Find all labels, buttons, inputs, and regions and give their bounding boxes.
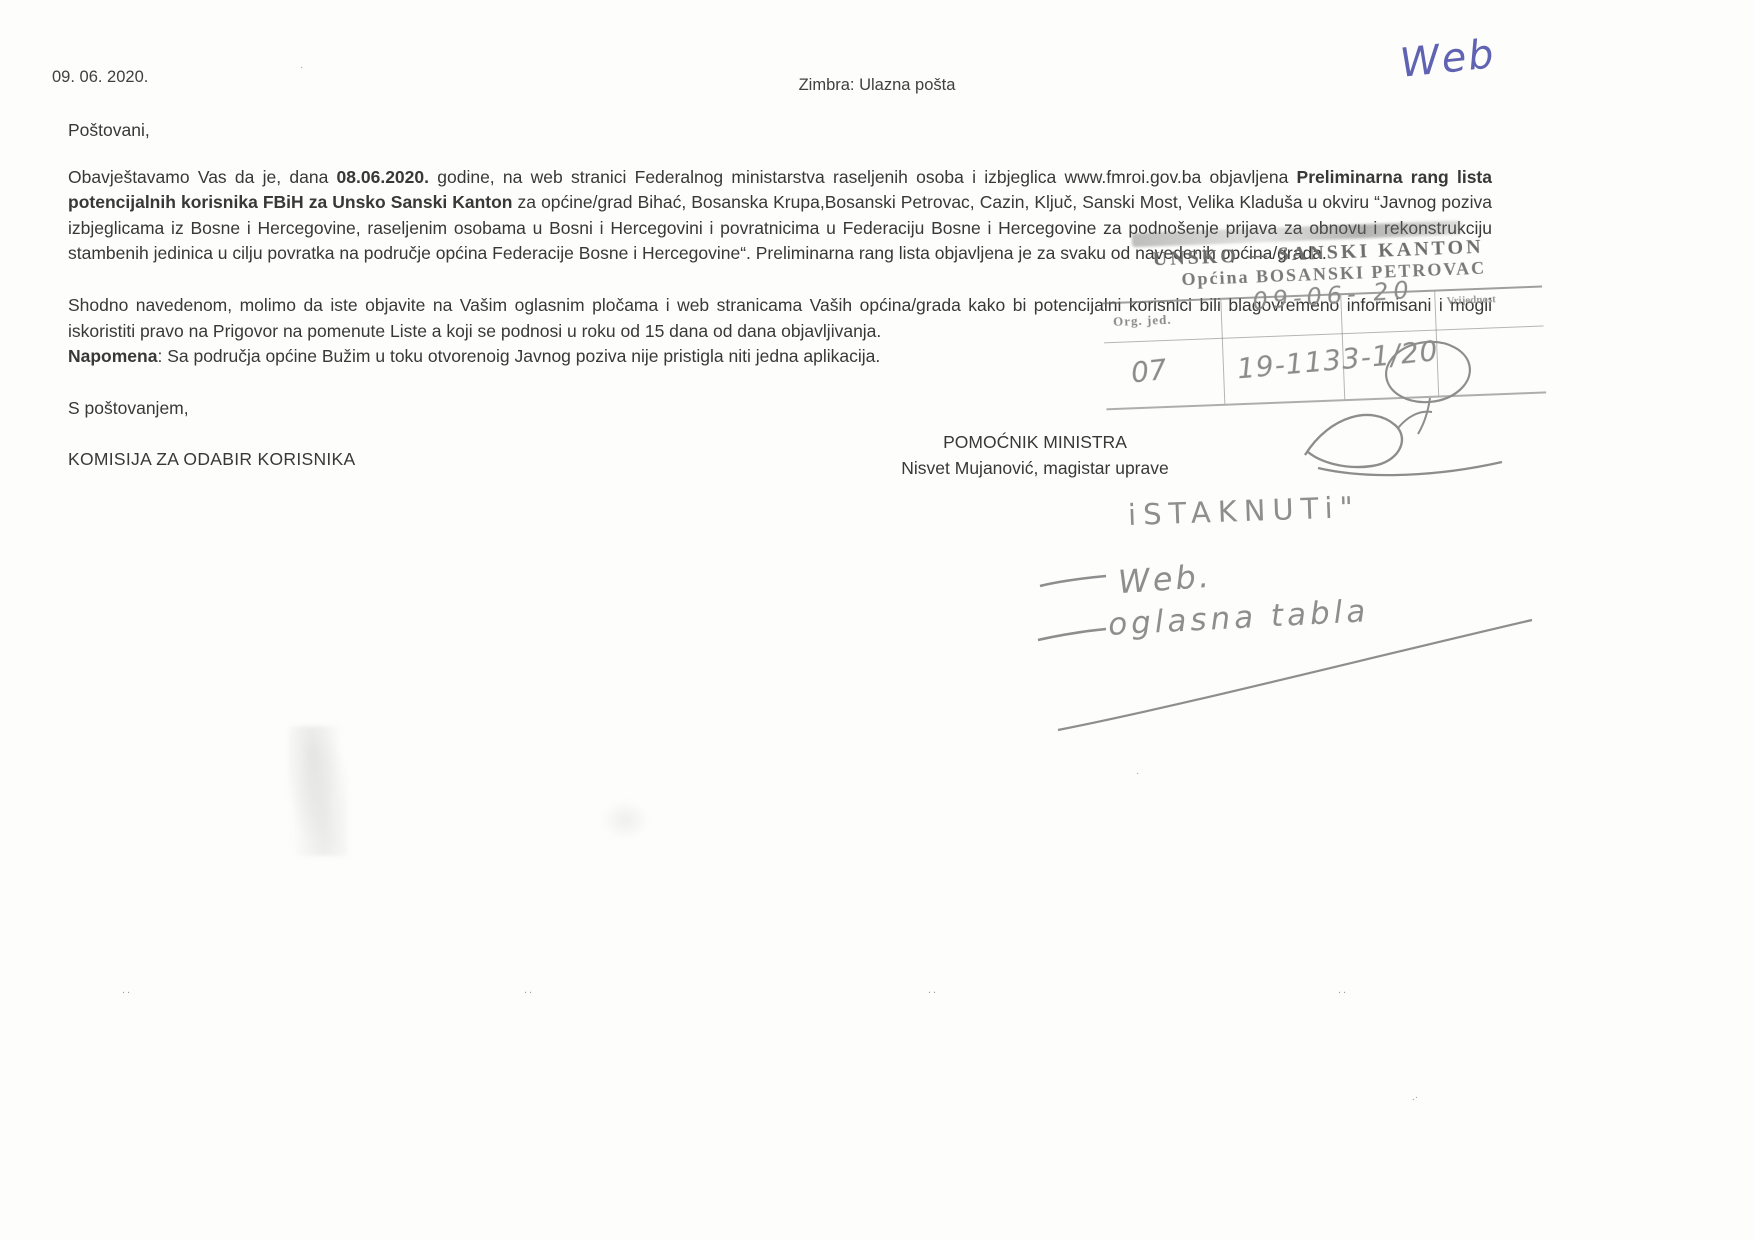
salutation: Poštovani, <box>68 118 1492 144</box>
para1-seg0: Obavještavamo Vas da je, dana <box>68 167 337 187</box>
zimbra-source-header: Zimbra: Ulazna pošta <box>0 76 1754 95</box>
para1-date-bold: 08.06.2020. <box>337 167 429 187</box>
paragraph-note: Napomena: Sa područja općine Bužim u tok… <box>68 344 1492 370</box>
note-text: : Sa područja općine Bužim u toku otvore… <box>157 346 880 366</box>
handwritten-istaknuti-note: iSTAKNUTi" <box>1127 490 1360 532</box>
sender-commission: KOMISIJA ZA ODABIR KORISNIKA <box>68 447 1492 473</box>
paragraph-request: Shodno navedenom, molimo da iste objavit… <box>68 293 1492 344</box>
para1-seg2: godine, na web stranici Federalnog minis… <box>429 167 1297 187</box>
paragraph-announcement: Obavještavamo Vas da je, dana 08.06.2020… <box>68 165 1492 267</box>
signatory-name: Nisvet Mujanović, magistar uprave <box>880 456 1190 482</box>
scan-artifact-dots: .. <box>524 984 534 996</box>
handwritten-web-note-pencil: Web. <box>1117 557 1213 601</box>
scan-artifact-dots: .. <box>1338 984 1348 996</box>
dash-oglasna-tabla <box>1038 629 1106 640</box>
scan-artifact-dots: .. <box>122 984 132 996</box>
scanned-letter-page: 09. 06. 2020. Zimbra: Ulazna pošta Web P… <box>0 0 1754 1240</box>
letter-body: Poštovani, Obavještavamo Vas da je, dana… <box>68 118 1492 473</box>
scan-speck: .· <box>1412 1092 1418 1103</box>
handwritten-oglasna-tabla-note: oglasna tabla <box>1107 593 1370 643</box>
scan-speck: · <box>300 62 303 73</box>
note-label: Napomena <box>68 346 157 366</box>
scan-smudge <box>288 726 348 856</box>
dash-web <box>1040 576 1106 586</box>
scan-artifact-dots: .. <box>928 984 938 996</box>
scan-speck: · <box>1136 768 1139 779</box>
scan-smudge <box>600 800 650 840</box>
oglasna-tabla-text: oglasna tabla <box>1107 593 1370 643</box>
signatory-block: POMOĆNIK MINISTRA Nisvet Mujanović, magi… <box>880 430 1190 481</box>
signatory-title: POMOĆNIK MINISTRA <box>880 430 1190 456</box>
closing: S poštovanjem, <box>68 396 1492 422</box>
